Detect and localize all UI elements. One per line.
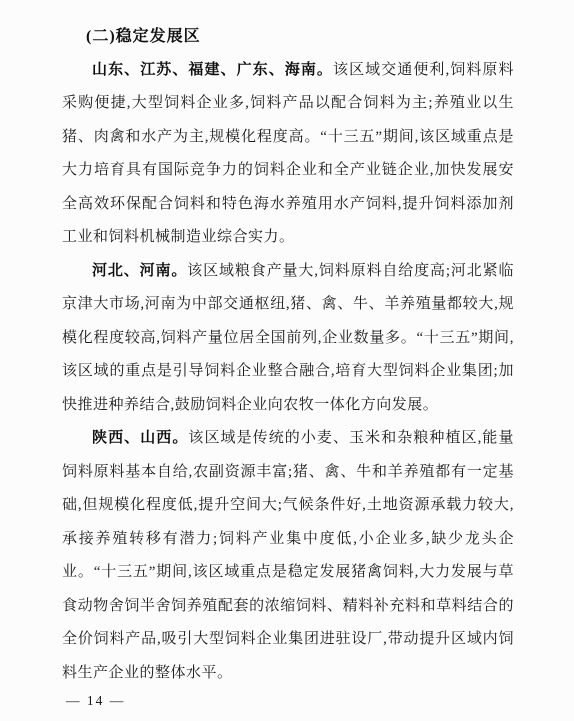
paragraph-lead: 河北、河南。	[92, 263, 187, 279]
paragraph: 陕西、山西。该区域是传统的小麦、玉米和杂粮种植区,能量饲料原料基本自给,农副资源…	[62, 422, 514, 690]
paragraph: 山东、江苏、福建、广东、海南。该区域交通便利,饲料原料采购便捷,大型饲料企业多,…	[62, 54, 514, 255]
paragraph-body: 该区域是传统的小麦、玉米和杂粮种植区,能量饲料原料基本自给,农副资源丰富;猪、禽…	[62, 430, 514, 681]
paragraph-lead: 山东、江苏、福建、广东、海南。	[92, 62, 333, 78]
paragraph: 河北、河南。该区域粮食产量大,饲料原料自给度高;河北紧临京津大市场,河南为中部交…	[62, 255, 514, 423]
paragraph-body: 该区域交通便利,饲料原料采购便捷,大型饲料企业多,饲料产品以配合饲料为主;养殖业…	[62, 62, 514, 246]
paragraph-body: 该区域粮食产量大,饲料原料自给度高;河北紧临京津大市场,河南为中部交通枢纽,猪、…	[62, 263, 514, 413]
document-page: (二)稳定发展区 山东、江苏、福建、广东、海南。该区域交通便利,饲料原料采购便捷…	[0, 0, 574, 721]
section-heading: (二)稳定发展区	[62, 20, 514, 54]
page-number: — 14 —	[66, 693, 125, 709]
paragraph-lead: 陕西、山西。	[92, 430, 188, 446]
